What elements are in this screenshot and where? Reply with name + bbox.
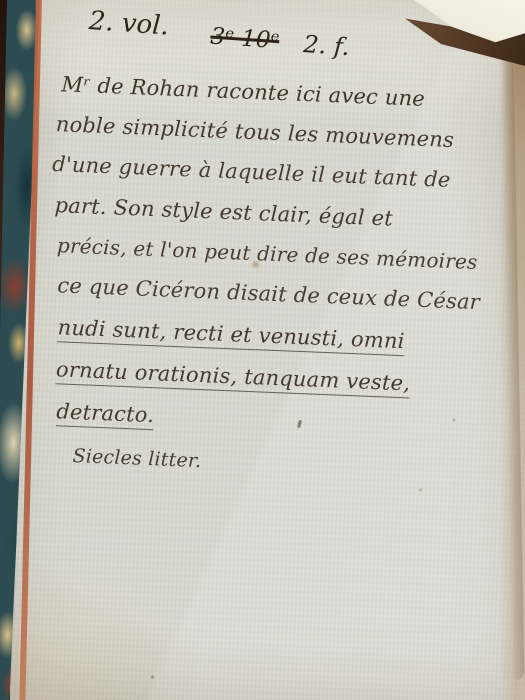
manuscript-line: noble simplicité tous les mouvemens xyxy=(55,112,454,152)
price-note: 2. f. xyxy=(302,30,350,61)
book-flyleaf-photo: 2. vol. 3ᵉ 10ᵉ 2. f. Mʳ de Rohan raconte… xyxy=(0,0,525,700)
manuscript-line-latin: detracto. xyxy=(56,399,155,427)
manuscript-line-latin: ornatu orationis, tanquam veste, xyxy=(56,357,411,395)
manuscript-line-latin: nudi sunt, recti et venusti, omni xyxy=(57,315,405,353)
paper-speck xyxy=(150,675,155,679)
manuscript-note: Mʳ de Rohan raconte ici avec une noble s… xyxy=(39,72,505,510)
source-reference-note: Siecles litter. xyxy=(72,445,202,472)
paper-stain xyxy=(250,260,261,269)
manuscript-line: d'une guerre à laquelle il eut tant de xyxy=(52,152,451,192)
manuscript-line: ce que Cicéron disait de ceux de César xyxy=(57,273,480,314)
manuscript-line: précis, et l'on peut dire de ses mémoire… xyxy=(57,233,478,274)
volume-count-note: 2. vol. xyxy=(88,6,170,42)
paper-speck xyxy=(452,418,456,422)
manuscript-line: part. Son style est clair, égal et xyxy=(54,193,393,231)
struck-price-note: 3ᵉ 10ᵉ xyxy=(210,24,281,55)
paper-speck xyxy=(418,488,423,492)
